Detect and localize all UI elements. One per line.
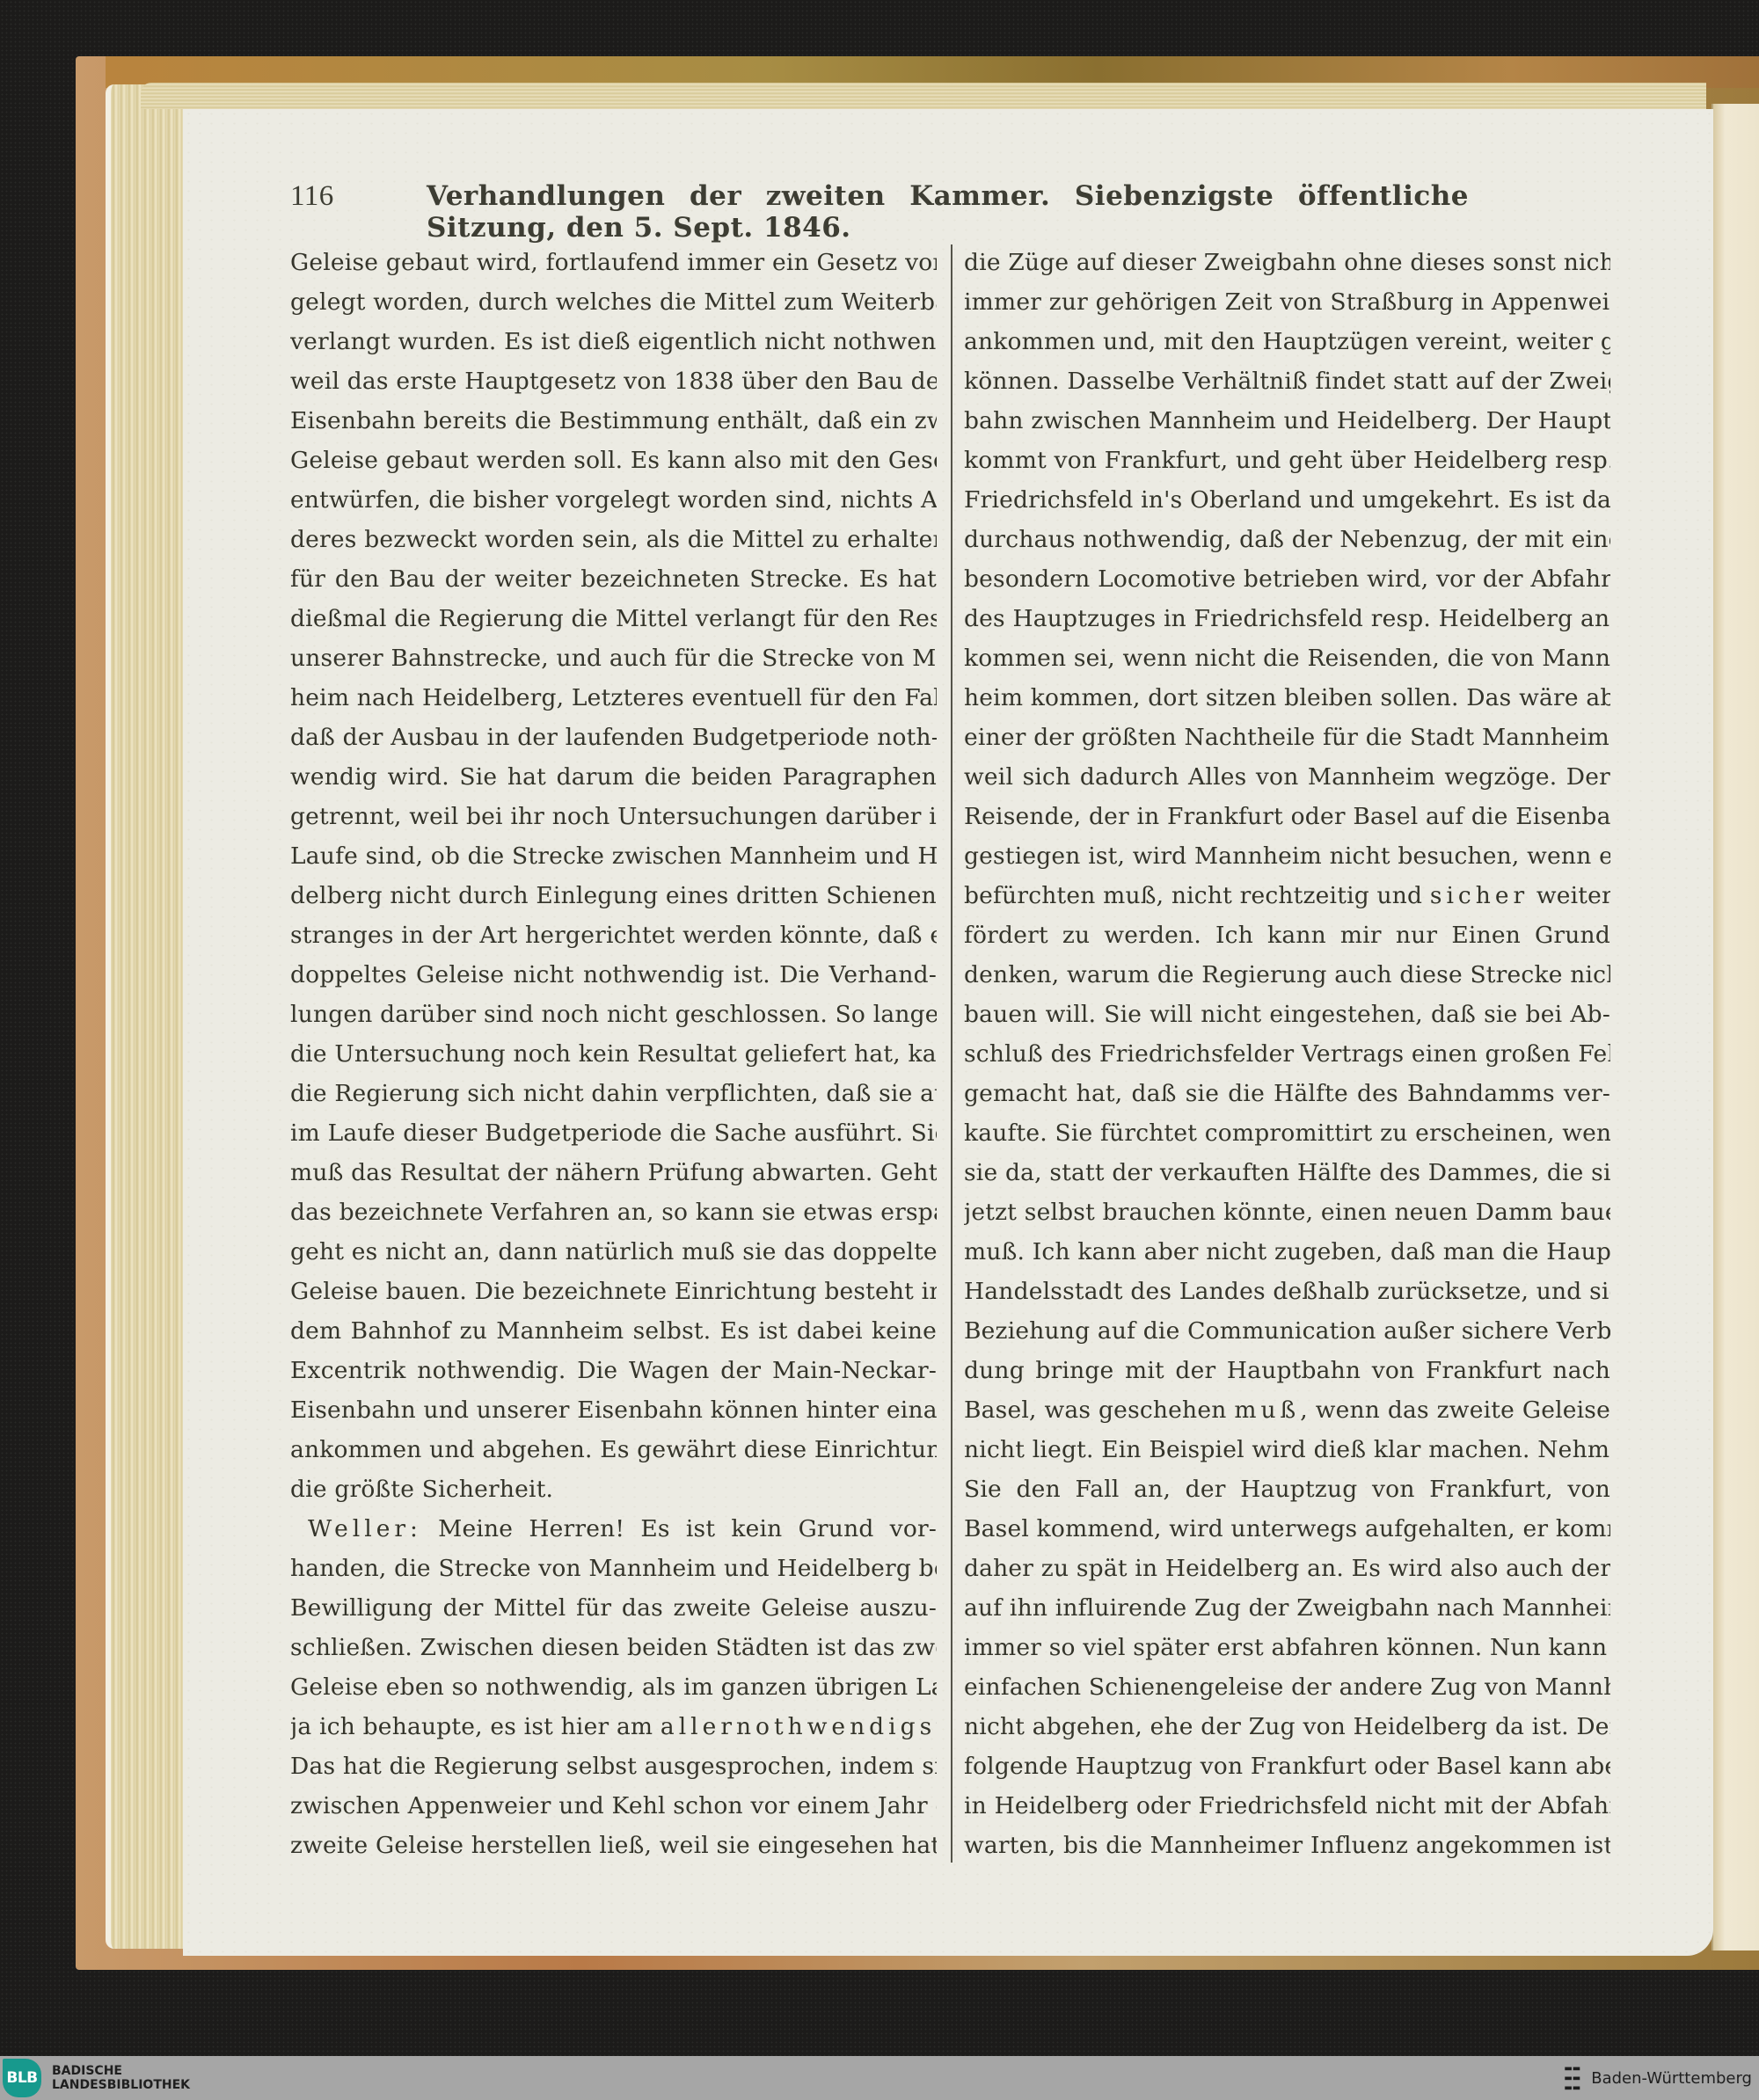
text-line: Basel kommend, wird unterwegs aufgehalte… (964, 1509, 1610, 1549)
text-line: immer zur gehörigen Zeit von Straßburg i… (964, 282, 1610, 322)
library-name: BADISCHE LANDESBIBLIOTHEK (52, 2064, 190, 2092)
text-line: geht es nicht an, dann natürlich muß sie… (290, 1232, 937, 1272)
text-segment: ja ich behaupte, es ist hier am (290, 1713, 661, 1740)
text-line: schluß des Friedrichsfelder Vertrags ein… (964, 1034, 1610, 1074)
text-line: weil sich dadurch Alles von Mannheim weg… (964, 757, 1610, 797)
text-line: das bezeichnete Verfahren an, so kann si… (290, 1192, 937, 1232)
text-line: Handelsstadt des Landes deßhalb zurückse… (964, 1272, 1610, 1311)
text-line: kommt von Frankfurt, und geht über Heide… (964, 441, 1610, 480)
text-line: bauen will. Sie will nicht eingestehen, … (964, 995, 1610, 1034)
three-lions-icon: ▬▬▬▬▬▬ (1564, 2064, 1580, 2093)
page-block-top-edges (141, 83, 1706, 109)
library-name-line-1: BADISCHE (52, 2064, 190, 2078)
state-name: Baden-Württemberg (1591, 2069, 1752, 2088)
text-line: stranges in der Art hergerichtet werden … (290, 915, 937, 955)
text-line: Geleise eben so nothwendig, als im ganze… (290, 1667, 937, 1707)
speech-text: Meine Herren! Es ist kein Grund vor- (422, 1515, 937, 1542)
text-line: heim kommen, dort sitzen bleiben sollen.… (964, 678, 1610, 718)
running-title: Verhandlungen der zweiten Kammer. Sieben… (427, 180, 1469, 244)
text-line: Geleise gebaut werden soll. Es kann also… (290, 441, 937, 480)
blb-badge-icon: BLB (3, 2059, 41, 2097)
text-line: sie da, statt der verkauften Hälfte des … (964, 1153, 1610, 1192)
text-line: auf ihn influirende Zug der Zweigbahn na… (964, 1588, 1610, 1628)
text-segment: weiter be- (1529, 882, 1610, 909)
text-line: schließen. Zwischen diesen beiden Städte… (290, 1628, 937, 1667)
book-gutter-next-page (1712, 104, 1759, 1951)
text-line: dießmal die Regierung die Mittel verlang… (290, 599, 937, 638)
text-line: zwischen Appenweier und Kehl schon vor e… (290, 1786, 937, 1826)
text-line: immer so viel später erst abfahren könne… (964, 1628, 1610, 1667)
text-line: im Laufe dieser Budgetperiode die Sache … (290, 1113, 937, 1153)
text-line: ankommen und abgehen. Es gewährt diese E… (290, 1430, 937, 1469)
text-line: für den Bau der weiter bezeichneten Stre… (290, 559, 937, 599)
text-line: Sie den Fall an, der Hauptzug von Frankf… (964, 1469, 1610, 1509)
text-line: Geleise bauen. Die bezeichnete Einrichtu… (290, 1272, 937, 1311)
speech-start-line: Weller: Meine Herren! Es ist kein Grund … (290, 1509, 937, 1549)
text-line: Bewilligung der Mittel für das zweite Ge… (290, 1588, 937, 1628)
text-line: besondern Locomotive betrieben wird, vor… (964, 559, 1610, 599)
text-segment: befürchten muß, nicht rechtzeitig und (964, 882, 1430, 909)
text-line: Geleise gebaut wird, fortlaufend immer e… (290, 243, 937, 282)
text-line: Reisende, der in Frankfurt oder Basel au… (964, 797, 1610, 836)
text-line: handen, die Strecke von Mannheim und Hei… (290, 1549, 937, 1588)
text-line: delberg nicht durch Einlegung eines drit… (290, 876, 937, 915)
text-line: Das hat die Regierung selbst ausgesproch… (290, 1746, 937, 1786)
text-line: folgende Hauptzug von Frankfurt oder Bas… (964, 1746, 1610, 1786)
text-line: entwürfen, die bisher vorgelegt worden s… (290, 480, 937, 520)
text-line: einer der größten Nachtheile für die Sta… (964, 718, 1610, 757)
text-line: die Untersuchung noch kein Resultat geli… (290, 1034, 937, 1074)
text-line: Laufe sind, ob die Strecke zwischen Mann… (290, 836, 937, 876)
text-line: nicht liegt. Ein Beispiel wird dieß klar… (964, 1430, 1610, 1469)
text-line: wendig wird. Sie hat darum die beiden Pa… (290, 757, 937, 797)
text-line: die Züge auf dieser Zweigbahn ohne diese… (964, 243, 1610, 282)
text-line: verlangt wurden. Es ist dieß eigentlich … (290, 322, 937, 361)
library-name-line-2: LANDESBIBLIOTHEK (52, 2078, 190, 2092)
emphasized-word: sicher (1430, 882, 1529, 909)
text-line: durchaus nothwendig, daß der Nebenzug, d… (964, 520, 1610, 559)
text-line: unserer Bahnstrecke, und auch für die St… (290, 638, 937, 678)
text-line: des Hauptzuges in Friedrichsfeld resp. H… (964, 599, 1610, 638)
speaker-name: Weller: (308, 1515, 422, 1542)
page-block-edges (106, 84, 192, 1949)
emphasized-word: muß (1234, 1396, 1300, 1424)
text-line: doppeltes Geleise nicht nothwendig ist. … (290, 955, 937, 995)
text-line: muß das Resultat der nähern Prüfung abwa… (290, 1153, 937, 1192)
text-line: ja ich behaupte, es ist hier am allernot… (290, 1707, 937, 1746)
text-segment: , wenn das zweite Geleise (1300, 1396, 1610, 1424)
text-line: befürchten muß, nicht rechtzeitig und si… (964, 876, 1610, 915)
text-line: Excentrik nothwendig. Die Wagen der Main… (290, 1351, 937, 1390)
text-line: denken, warum die Regierung auch diese S… (964, 955, 1610, 995)
text-line: muß. Ich kann aber nicht zugeben, daß ma… (964, 1232, 1610, 1272)
text-line: gestiegen ist, wird Mannheim nicht besuc… (964, 836, 1610, 876)
text-line: gelegt worden, durch welches die Mittel … (290, 282, 937, 322)
text-line: Basel, was geschehen muß, wenn das zweit… (964, 1390, 1610, 1430)
text-line: können. Dasselbe Verhältniß findet statt… (964, 361, 1610, 401)
text-line: Beziehung auf die Communication außer si… (964, 1311, 1610, 1351)
text-line: die Regierung sich nicht dahin verpflich… (290, 1074, 937, 1113)
running-header: 116 Verhandlungen der zweiten Kammer. Si… (290, 180, 1469, 244)
text-line: heim nach Heidelberg, Letzteres eventuel… (290, 678, 937, 718)
page-number: 116 (290, 180, 427, 213)
paragraph-end-line: die größte Sicherheit. (290, 1469, 937, 1509)
text-line: kaufte. Sie fürchtet compromittirt zu er… (964, 1113, 1610, 1153)
state-logo[interactable]: ▬▬▬▬▬▬ Baden-Württemberg (1564, 2064, 1752, 2093)
text-line: daher zu spät in Heidelberg an. Es wird … (964, 1549, 1610, 1588)
text-line: getrennt, weil bei ihr noch Untersuchung… (290, 797, 937, 836)
text-line: dung bringe mit der Hauptbahn von Frankf… (964, 1351, 1610, 1390)
text-line: Eisenbahn und unserer Eisenbahn können h… (290, 1390, 937, 1430)
text-line: deres bezweckt worden sein, als die Mitt… (290, 520, 937, 559)
text-line: bahn zwischen Mannheim und Heidelberg. D… (964, 401, 1610, 441)
footer-bar: BLB BADISCHE LANDESBIBLIOTHEK ▬▬▬▬▬▬ Bad… (0, 2056, 1759, 2100)
text-line: warten, bis die Mannheimer Influenz ange… (964, 1826, 1610, 1865)
column-divider (951, 244, 952, 1863)
left-column: Geleise gebaut wird, fortlaufend immer e… (290, 243, 937, 1865)
text-line: ankommen und, mit den Hauptzügen vereint… (964, 322, 1610, 361)
text-line: kommen sei, wenn nicht die Reisenden, di… (964, 638, 1610, 678)
text-line: lungen darüber sind noch nicht geschloss… (290, 995, 937, 1034)
right-column: die Züge auf dieser Zweigbahn ohne diese… (964, 243, 1610, 1865)
text-line: dem Bahnhof zu Mannheim selbst. Es ist d… (290, 1311, 937, 1351)
emphasized-word: allernothwendigsten. (661, 1713, 937, 1740)
text-line: zweite Geleise herstellen ließ, weil sie… (290, 1826, 937, 1865)
text-segment: Basel, was geschehen (964, 1396, 1234, 1424)
text-line: in Heidelberg oder Friedrichsfeld nicht … (964, 1786, 1610, 1826)
text-line: gemacht hat, daß sie die Hälfte des Bahn… (964, 1074, 1610, 1113)
text-line: Eisenbahn bereits die Bestimmung enthält… (290, 401, 937, 441)
text-line: jetzt selbst brauchen könnte, einen neue… (964, 1192, 1610, 1232)
text-line: einfachen Schienengeleise der andere Zug… (964, 1667, 1610, 1707)
library-logo[interactable]: BLB BADISCHE LANDESBIBLIOTHEK (3, 2059, 190, 2097)
text-line: nicht abgehen, ehe der Zug von Heidelber… (964, 1707, 1610, 1746)
text-line: weil das erste Hauptgesetz von 1838 über… (290, 361, 937, 401)
text-line: daß der Ausbau in der laufenden Budgetpe… (290, 718, 937, 757)
text-line: Friedrichsfeld in's Oberland und umgekeh… (964, 480, 1610, 520)
text-line: fördert zu werden. Ich kann mir nur Eine… (964, 915, 1610, 955)
